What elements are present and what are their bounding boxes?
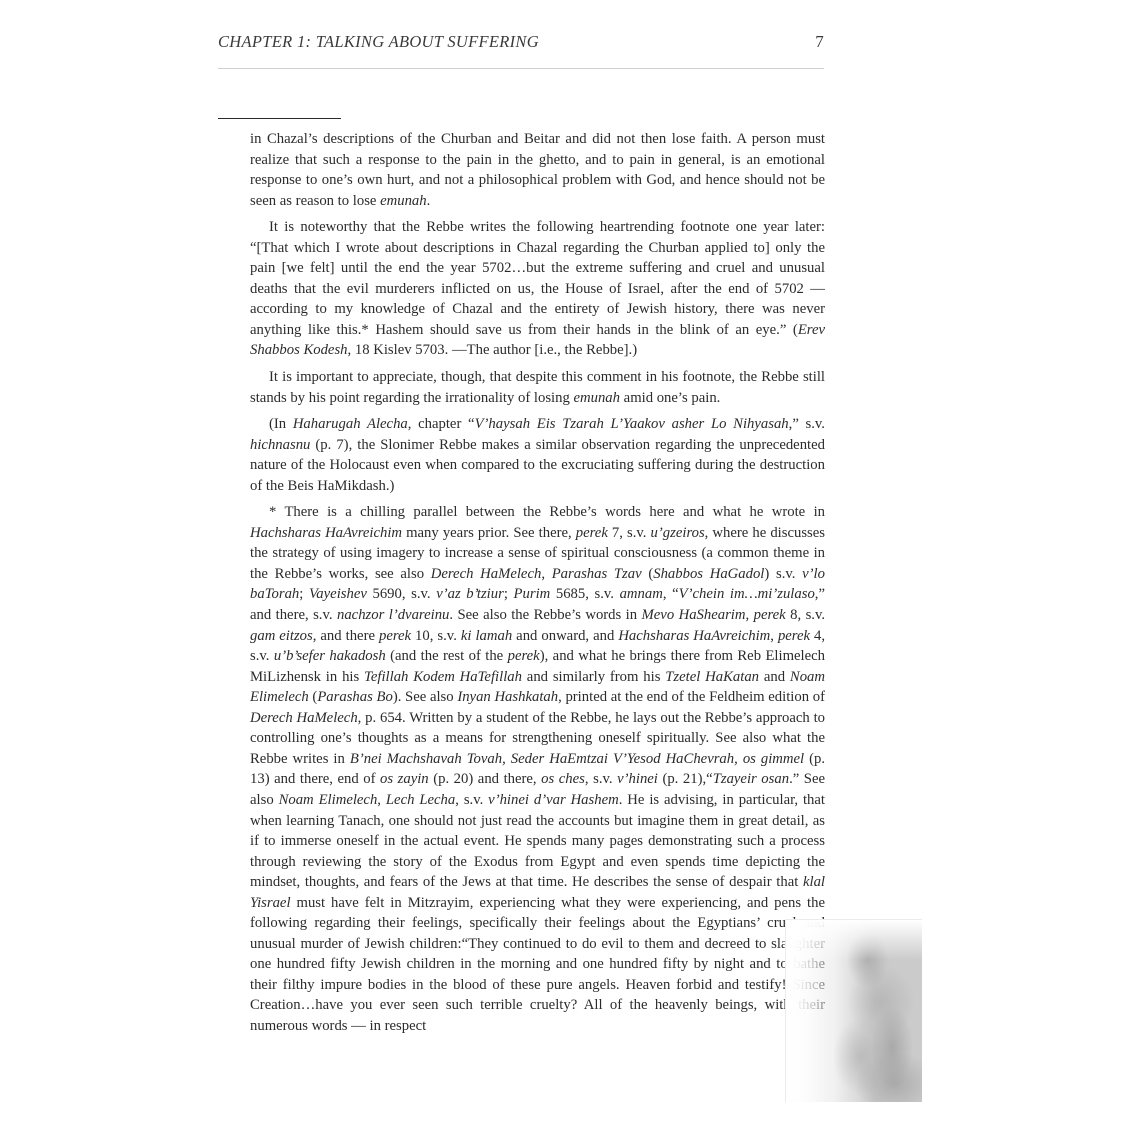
italic-text-run: V’haysah Eis Tzarah L’Yaakov asher Lo Ni…	[475, 416, 789, 432]
text-run: (p. 7), the Slonimer Rebbe makes a simil…	[250, 437, 825, 494]
text-run: and similarly from his	[522, 669, 665, 685]
italic-text-run: v’az b’tziur	[436, 586, 504, 602]
italic-text-run: hichnasnu	[250, 437, 310, 453]
text-run: * There is a chilling parallel between t…	[269, 504, 825, 520]
italic-text-run: emunah	[573, 390, 620, 406]
text-run: ,	[734, 751, 743, 767]
text-run: amid one’s pain.	[620, 390, 720, 406]
italic-text-run: Inyan Hashkatah	[457, 689, 558, 705]
text-run: ,	[746, 607, 754, 623]
footnote-text: in Chazal’s descriptions of the Churban …	[250, 129, 825, 1037]
italic-text-run: Tzayeir osan	[713, 771, 789, 787]
italic-text-run: Noam Elimelech	[279, 792, 378, 808]
text-run: It is important to appreciate, though, t…	[250, 369, 825, 406]
italic-text-run: v’hinei d’var Hashem	[488, 792, 619, 808]
text-run: , s.v.	[585, 771, 617, 787]
smoke-image-frame	[785, 919, 922, 1102]
text-run: ,” s.v.	[789, 416, 825, 432]
italic-text-run: nachzor l’dvareinu	[337, 607, 449, 623]
italic-text-run: Parashas Bo	[317, 689, 393, 705]
italic-text-run: perek	[754, 607, 786, 623]
text-run: 10, s.v.	[411, 628, 461, 644]
text-run: , “	[663, 586, 679, 602]
page-number: 7	[815, 32, 824, 52]
italic-text-run: Parashas Tzav	[552, 566, 642, 582]
text-run: ;	[504, 586, 514, 602]
italic-text-run: perek	[778, 628, 810, 644]
italic-text-run: Vayeishev	[309, 586, 367, 602]
text-run: It is noteworthy that the Rebbe writes t…	[250, 219, 825, 338]
italic-text-run: Shabbos HaGadol	[653, 566, 764, 582]
footnote-paragraph: * There is a chilling parallel between t…	[250, 502, 825, 1036]
italic-text-run: emunah	[380, 193, 427, 209]
italic-text-run: Lech Lecha	[386, 792, 455, 808]
text-run: 7, s.v.	[608, 525, 651, 541]
text-run: must have felt in Mitzrayim, experiencin…	[250, 895, 825, 1034]
text-run: 8, s.v.	[786, 607, 825, 623]
italic-text-run: perek	[508, 648, 540, 664]
text-run: (and the rest of the	[386, 648, 508, 664]
italic-text-run: Mevo HaShearim	[642, 607, 746, 623]
text-run: ;	[299, 586, 309, 602]
text-run: (In	[269, 416, 293, 432]
text-run: .	[427, 193, 431, 209]
header-rule	[218, 68, 824, 69]
text-run: , s.v.	[455, 792, 488, 808]
italic-text-run: Hachsharas HaAvreichim	[618, 628, 770, 644]
text-run: (p. 21),“	[658, 771, 713, 787]
text-run: ,	[377, 792, 386, 808]
footnote-paragraph: It is important to appreciate, though, t…	[250, 367, 825, 408]
text-run: many years prior. See there,	[402, 525, 576, 541]
italic-text-run: Haharugah Alecha	[293, 416, 408, 432]
italic-text-run: V’chein im…mi’zulaso	[679, 586, 815, 602]
text-run: 5690, s.v.	[367, 586, 436, 602]
text-run: ) s.v.	[764, 566, 802, 582]
footnote-paragraph: in Chazal’s descriptions of the Churban …	[250, 129, 825, 211]
text-run: . See also the Rebbe’s words in	[449, 607, 641, 623]
text-run: , 18 Kislev 5703. —The author [i.e., the…	[348, 342, 638, 358]
text-run: ,	[502, 751, 511, 767]
italic-text-run: u’gzeiros	[651, 525, 705, 541]
italic-text-run: os zayin	[380, 771, 429, 787]
chapter-title: CHAPTER 1: TALKING ABOUT SUFFERING	[218, 32, 539, 52]
italic-text-run: amnam	[620, 586, 663, 602]
text-run: and	[759, 669, 790, 685]
italic-text-run: v’hinei	[617, 771, 658, 787]
text-run: in Chazal’s descriptions of the Churban …	[250, 131, 825, 209]
italic-text-run: Hachsharas HaAvreichim	[250, 525, 402, 541]
italic-text-run: B’nei Machshavah Tovah	[350, 751, 502, 767]
italic-text-run: Purim	[514, 586, 551, 602]
text-run: , printed at the end of the Feldheim edi…	[558, 689, 825, 705]
text-run: ,	[541, 566, 551, 582]
text-run: , and there	[313, 628, 379, 644]
running-head: CHAPTER 1: TALKING ABOUT SUFFERING 7	[218, 32, 824, 56]
text-run: (	[642, 566, 654, 582]
footnote-separator-rule	[218, 118, 341, 119]
book-page: CHAPTER 1: TALKING ABOUT SUFFERING 7 in …	[0, 0, 1139, 1139]
italic-text-run: Derech HaMelech	[250, 710, 358, 726]
italic-text-run: Tzetel HaKatan	[665, 669, 759, 685]
text-run: , chapter “	[408, 416, 475, 432]
footnote-paragraph: It is noteworthy that the Rebbe writes t…	[250, 217, 825, 361]
italic-text-run: Tefillah Kodem HaTefillah	[364, 669, 522, 685]
text-run: ,	[770, 628, 778, 644]
italic-text-run: ki lamah	[461, 628, 512, 644]
italic-text-run: perek	[576, 525, 608, 541]
footnote-paragraph: (In Haharugah Alecha, chapter “V’haysah …	[250, 414, 825, 496]
italic-text-run: Seder HaEmtzai V’Yesod HaChevrah	[511, 751, 734, 767]
text-run: ). See also	[393, 689, 458, 705]
italic-text-run: perek	[379, 628, 411, 644]
italic-text-run: u’b’sefer hakadosh	[274, 648, 386, 664]
italic-text-run: Derech HaMelech	[431, 566, 542, 582]
text-run: (p. 20) and there,	[429, 771, 542, 787]
italic-text-run: os ches	[541, 771, 585, 787]
text-run: 5685, s.v.	[550, 586, 619, 602]
smoke-fade-left	[786, 920, 826, 1102]
italic-text-run: os gimmel	[743, 751, 804, 767]
italic-text-run: gam eitzos	[250, 628, 313, 644]
text-run: and onward, and	[512, 628, 618, 644]
